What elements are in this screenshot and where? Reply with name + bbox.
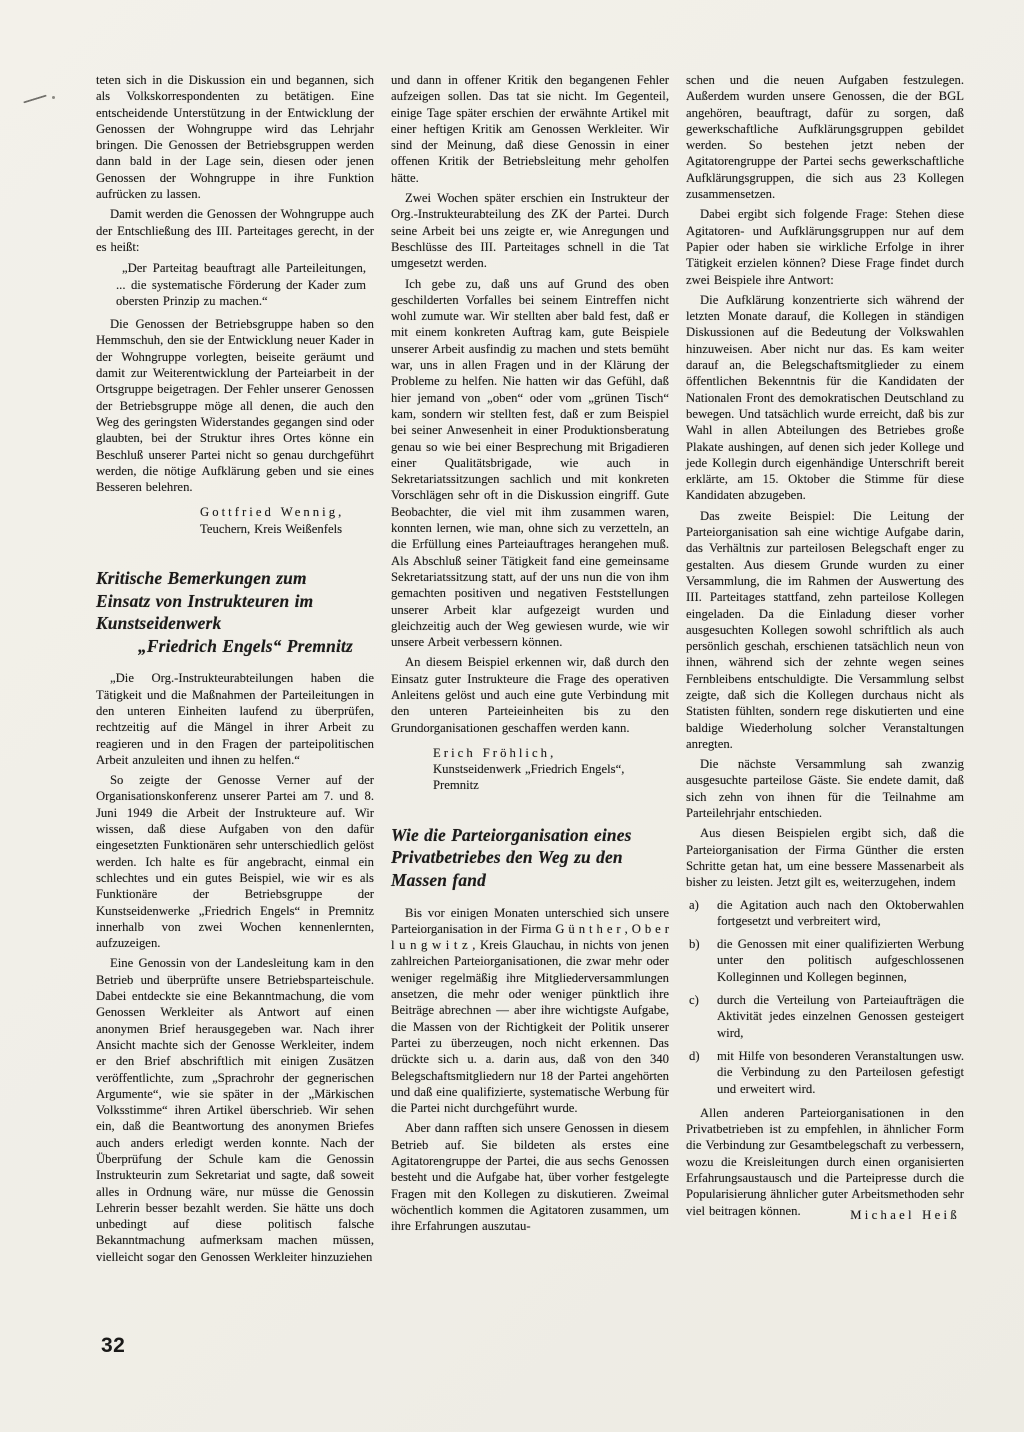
signature-name: Erich Fröhlich, (433, 745, 669, 761)
article-heading-1: Kritische Bemerkungen zum Einsatz von In… (96, 567, 374, 657)
pencil-mark (23, 95, 47, 104)
signature-place: Premnitz (433, 777, 669, 793)
pencil-dot (52, 96, 55, 99)
signature-block: Erich Fröhlich, Kunstseidenwerk „Friedri… (433, 745, 669, 794)
paragraph: Eine Genossin von der Landesleitung kam … (96, 955, 374, 1265)
list-item-d: d) mit Hilfe von besonderen Veranstaltun… (686, 1048, 964, 1097)
list-item-c: c) durch die Verteilung von Parteiaufträ… (686, 992, 964, 1041)
list-marker: c) (689, 992, 699, 1008)
paragraph: Das zweite Beispiel: Die Leitung der Par… (686, 508, 964, 752)
list-item-text: die Genossen mit einer qualifizierten We… (717, 937, 964, 984)
list-item-b: b) die Genossen mit einer qualifizierten… (686, 936, 964, 985)
paragraph: Allen anderen Parteiorganisationen in de… (686, 1105, 964, 1219)
page-number: 32 (101, 1334, 125, 1358)
heading-line: Massen fand (391, 869, 669, 892)
paragraph: Aber dann rafften sich unsere Genossen i… (391, 1120, 669, 1234)
list-item-a: a) die Agitation auch nach den Oktoberwa… (686, 897, 964, 930)
paragraph: Zwei Wochen später erschien ein Instrukt… (391, 190, 669, 271)
list-item-text: die Agitation auch nach den Oktoberwahle… (717, 898, 964, 928)
signature-block: Gottfried Wennig, Teuchern, Kreis Weißen… (200, 504, 374, 537)
column-2: und dann in offener Kritik den begangene… (391, 72, 669, 1269)
paragraph: So zeigte der Genosse Verner auf der Org… (96, 772, 374, 951)
signature-place: Teuchern, Kreis Weißenfels (200, 521, 374, 537)
signature-name: Gottfried Wennig, (200, 504, 374, 520)
heading-line: Kritische Bemerkungen zum (96, 567, 374, 590)
paragraph: Die nächste Versammlung sah zwanzig ausg… (686, 756, 964, 821)
signature-organization: Kunstseidenwerk „Friedrich Engels“, (433, 761, 669, 777)
paragraph: und dann in offener Kritik den begangene… (391, 72, 669, 186)
list-marker: b) (689, 936, 700, 952)
magazine-page: teten sich in die Diskussion ein und beg… (0, 0, 1024, 1432)
heading-line: Einsatz von Instrukteuren im (96, 590, 374, 613)
column-1: teten sich in die Diskussion ein und beg… (96, 72, 374, 1269)
list-marker: a) (689, 897, 699, 913)
paragraph: teten sich in die Diskussion ein und beg… (96, 72, 374, 202)
list-item-text: durch die Verteilung von Parteiaufträgen… (717, 993, 964, 1040)
heading-line: Kunstseidenwerk (96, 612, 374, 635)
heading-line: Privatbetriebes den Weg zu den (391, 846, 669, 869)
heading-line: „Friedrich Engels“ Premnitz (96, 635, 374, 658)
paragraph: Damit werden die Genossen der Wohngruppe… (96, 206, 374, 255)
paragraph: schen und die neuen Aufgaben festzulegen… (686, 72, 964, 202)
column-3: schen und die neuen Aufgaben festzulegen… (686, 72, 964, 1269)
resolution-quote: „Der Parteitag beauftragt alle Parteilei… (116, 260, 366, 309)
paragraph: An diesem Beispiel erkennen wir, daß dur… (391, 654, 669, 735)
list-item-text: mit Hilfe von besonderen Veranstaltungen… (717, 1049, 964, 1096)
text-columns: teten sich in die Diskussion ein und beg… (96, 72, 964, 1269)
heading-line: Wie die Parteiorganisation eines (391, 824, 669, 847)
paragraph: Ich gebe zu, daß uns auf Grund des oben … (391, 276, 669, 651)
paragraph: Die Aufklärung konzentrierte sich währen… (686, 292, 964, 504)
paragraph: Die Genossen der Betriebsgruppe haben so… (96, 316, 374, 495)
article-heading-2: Wie die Parteiorganisation eines Privatb… (391, 824, 669, 892)
paragraph: Dabei ergibt sich folgende Frage: Stehen… (686, 206, 964, 287)
list-marker: d) (689, 1048, 700, 1064)
paragraph: Bis vor einigen Monaten unterschied sich… (391, 905, 669, 1117)
paragraph: Aus diesen Beispielen ergibt sich, daß d… (686, 825, 964, 890)
quoted-directive: „Die Org.-Instrukteurabteilungen haben d… (96, 670, 374, 768)
